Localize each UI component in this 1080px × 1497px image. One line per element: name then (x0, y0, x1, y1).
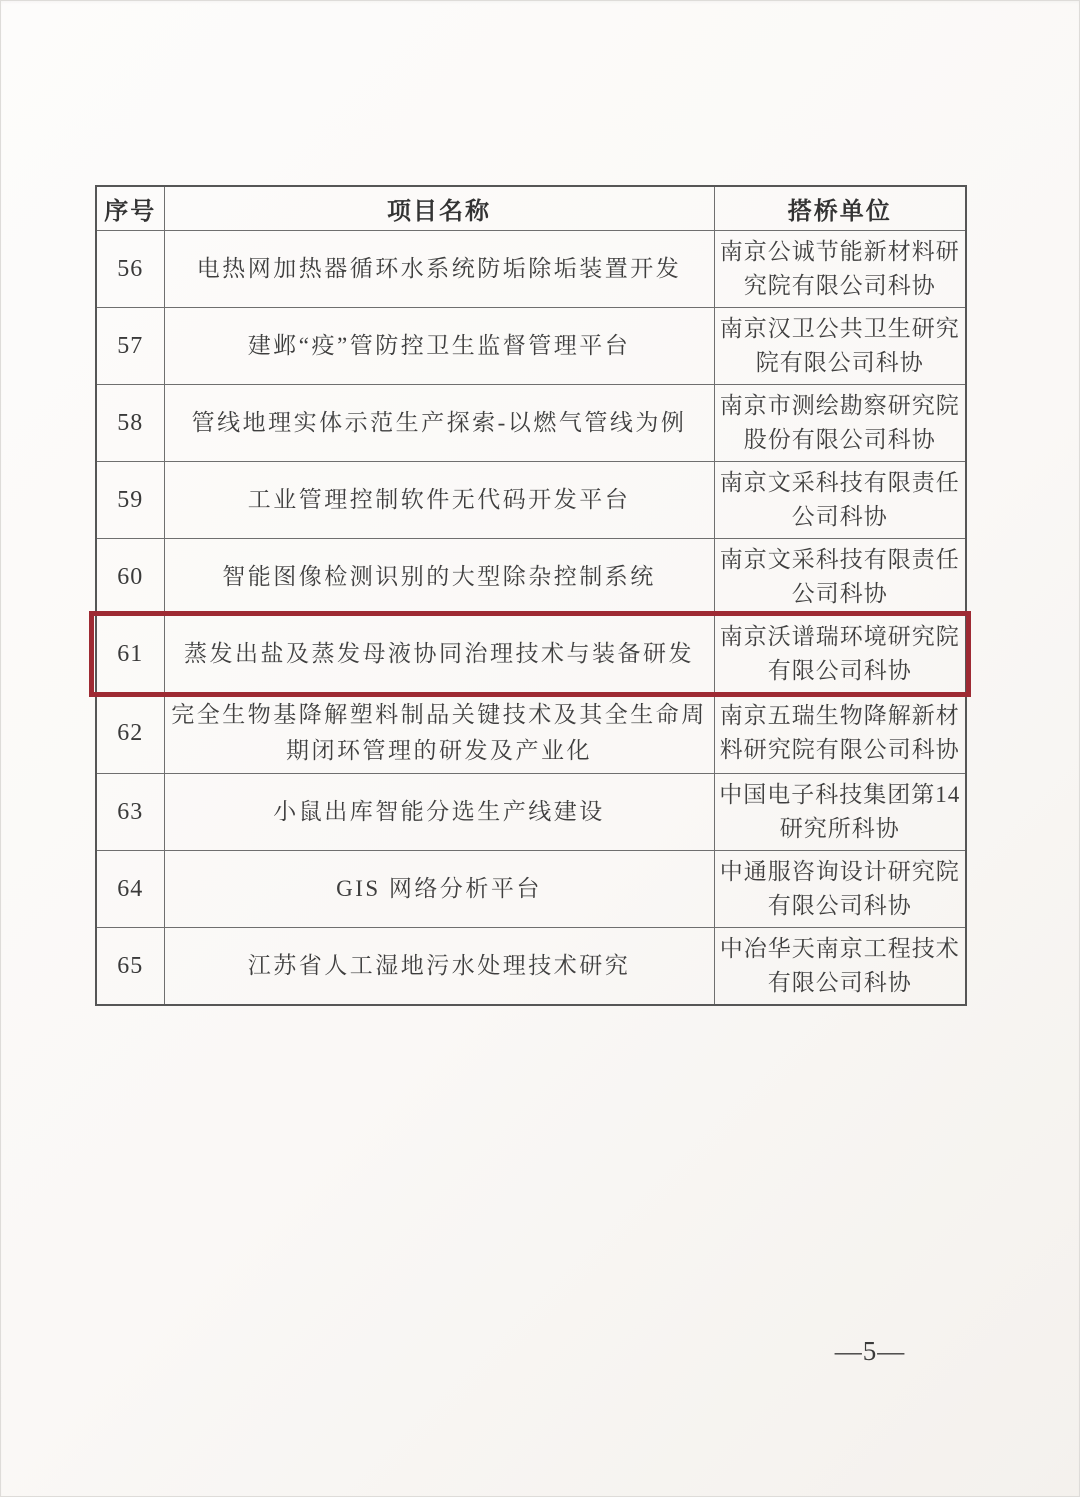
row-project-name: 管线地理实体示范生产探索-以燃气管线为例 (164, 385, 714, 462)
table-row: 60 智能图像检测识别的大型除杂控制系统 南京文采科技有限责任公司科协 (96, 539, 966, 616)
row-serial-number: 61 (96, 616, 164, 693)
row-project-name: 建邺“疫”管防控卫生监督管理平台 (164, 308, 714, 385)
row-serial-number: 58 (96, 385, 164, 462)
row-serial-number: 65 (96, 928, 164, 1006)
table-row: 65 江苏省人工湿地污水处理技术研究 中冶华天南京工程技术有限公司科协 (96, 928, 966, 1006)
row-serial-number: 59 (96, 462, 164, 539)
row-project-name: 智能图像检测识别的大型除杂控制系统 (164, 539, 714, 616)
row-bridge-unit: 南京汉卫公共卫生研究院有限公司科协 (714, 308, 966, 385)
table-row: 58 管线地理实体示范生产探索-以燃气管线为例 南京市测绘勘察研究院股份有限公司… (96, 385, 966, 462)
row-bridge-unit: 中通服咨询设计研究院有限公司科协 (714, 851, 966, 928)
row-bridge-unit: 中冶华天南京工程技术有限公司科协 (714, 928, 966, 1006)
row-project-name: 工业管理控制软件无代码开发平台 (164, 462, 714, 539)
header-row: 序号 项目名称 搭桥单位 (96, 186, 966, 231)
row-project-name: 江苏省人工湿地污水处理技术研究 (164, 928, 714, 1006)
row-bridge-unit: 南京公诚节能新材料研究院有限公司科协 (714, 231, 966, 308)
row-bridge-unit: 南京五瑞生物降解新材料研究院有限公司科协 (714, 693, 966, 774)
table-header: 序号 项目名称 搭桥单位 (96, 186, 966, 231)
row-project-name: 完全生物基降解塑料制品关键技术及其全生命周期闭环管理的研发及产业化 (164, 693, 714, 774)
row-bridge-unit: 南京文采科技有限责任公司科协 (714, 539, 966, 616)
table-row: 59 工业管理控制软件无代码开发平台 南京文采科技有限责任公司科协 (96, 462, 966, 539)
row-serial-number: 57 (96, 308, 164, 385)
document-page: 序号 项目名称 搭桥单位 56 电热网加热器循环水系统防垢除垢装置开发 南京公诚… (0, 0, 1080, 1497)
row-serial-number: 63 (96, 774, 164, 851)
project-table-wrap: 序号 项目名称 搭桥单位 56 电热网加热器循环水系统防垢除垢装置开发 南京公诚… (95, 185, 965, 1006)
row-serial-number: 62 (96, 693, 164, 774)
header-serial-number: 序号 (96, 186, 164, 231)
table-row: 62 完全生物基降解塑料制品关键技术及其全生命周期闭环管理的研发及产业化 南京五… (96, 693, 966, 774)
row-bridge-unit: 南京市测绘勘察研究院股份有限公司科协 (714, 385, 966, 462)
table-row: 61 蒸发出盐及蒸发母液协同治理技术与装备研发 南京沃谱瑞环境研究院有限公司科协 (96, 616, 966, 693)
row-serial-number: 56 (96, 231, 164, 308)
row-bridge-unit: 南京文采科技有限责任公司科协 (714, 462, 966, 539)
table-row: 63 小鼠出库智能分选生产线建设 中国电子科技集团第14研究所科协 (96, 774, 966, 851)
header-project-name: 项目名称 (164, 186, 714, 231)
project-table: 序号 项目名称 搭桥单位 56 电热网加热器循环水系统防垢除垢装置开发 南京公诚… (95, 185, 967, 1006)
row-project-name: 蒸发出盐及蒸发母液协同治理技术与装备研发 (164, 616, 714, 693)
row-bridge-unit: 南京沃谱瑞环境研究院有限公司科协 (714, 616, 966, 693)
table-row: 57 建邺“疫”管防控卫生监督管理平台 南京汉卫公共卫生研究院有限公司科协 (96, 308, 966, 385)
row-project-name: 小鼠出库智能分选生产线建设 (164, 774, 714, 851)
table-body: 56 电热网加热器循环水系统防垢除垢装置开发 南京公诚节能新材料研究院有限公司科… (96, 231, 966, 1006)
page-number: —5— (815, 1336, 925, 1367)
header-bridge-unit: 搭桥单位 (714, 186, 966, 231)
row-project-name: 电热网加热器循环水系统防垢除垢装置开发 (164, 231, 714, 308)
table-row: 56 电热网加热器循环水系统防垢除垢装置开发 南京公诚节能新材料研究院有限公司科… (96, 231, 966, 308)
row-bridge-unit: 中国电子科技集团第14研究所科协 (714, 774, 966, 851)
row-serial-number: 60 (96, 539, 164, 616)
row-serial-number: 64 (96, 851, 164, 928)
table-row: 64 GIS 网络分析平台 中通服咨询设计研究院有限公司科协 (96, 851, 966, 928)
row-project-name: GIS 网络分析平台 (164, 851, 714, 928)
